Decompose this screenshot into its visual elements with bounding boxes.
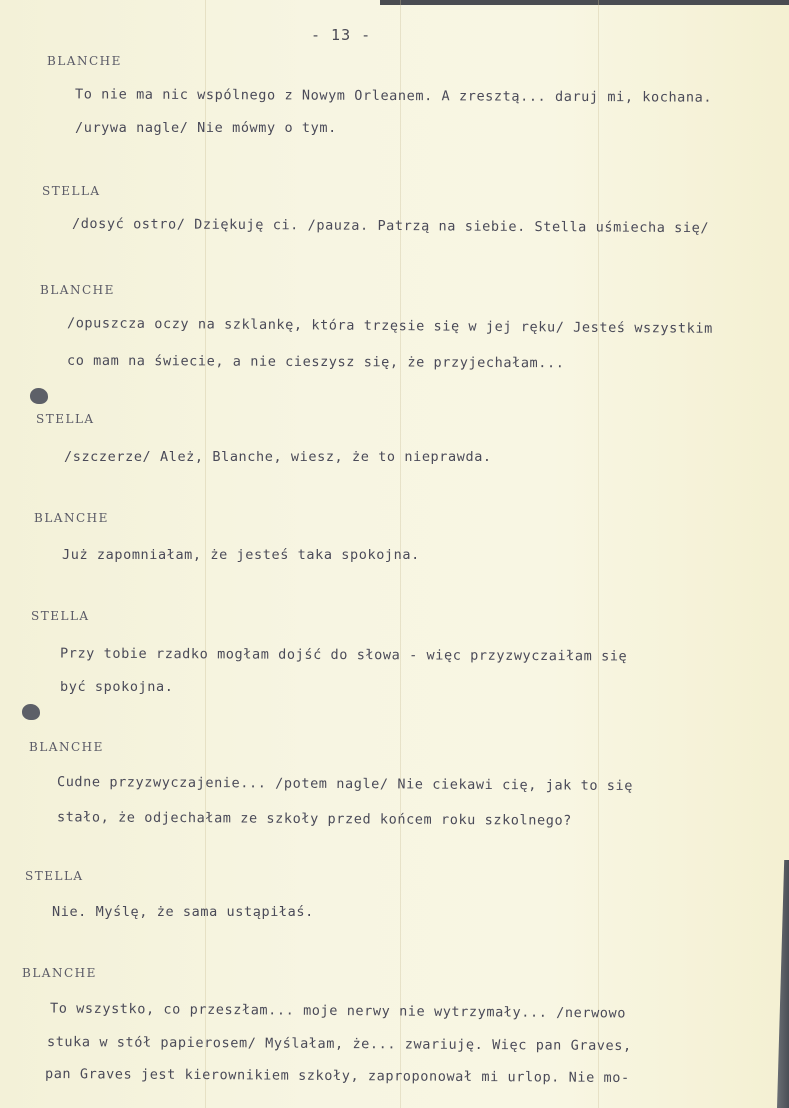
dialogue-line: /szczerze/ Ależ, Blanche, wiesz, że to n… <box>64 449 492 465</box>
dialogue-line: pan Graves jest kierownikiem szkoły, zap… <box>45 1066 630 1086</box>
dialogue-line: /urywa nagle/ Nie mówmy o tym. <box>75 120 337 136</box>
dialogue-line: To nie ma nic wspólnego z Nowym Orleanem… <box>75 86 712 105</box>
dialogue-line: Nie. Myślę, że sama ustąpiłaś. <box>52 904 314 920</box>
speaker-name: STELLA <box>36 412 95 426</box>
speaker-name: STELLA <box>31 609 90 623</box>
speaker-name: BLANCHE <box>29 740 104 754</box>
dialogue-line: Cudne przyzwyczajenie... /potem nagle/ N… <box>57 774 633 794</box>
scanned-page: - 13 - BLANCHE To nie ma nic wspólnego z… <box>0 0 789 1108</box>
scan-edge-top <box>380 0 789 5</box>
page-number: - 13 - <box>311 26 371 44</box>
dialogue-line: stuka w stół papierosem/ Myślałam, że...… <box>47 1034 632 1054</box>
dialogue-line: Przy tobie rzadko mogłam dojść do słowa … <box>60 646 627 665</box>
dialogue-line: stało, że odjechałam ze szkoły przed koń… <box>57 809 572 829</box>
scan-edge-right <box>777 860 789 1108</box>
speaker-name: BLANCHE <box>22 966 97 980</box>
dialogue-line: co mam na świecie, a nie cieszysz się, ż… <box>67 353 565 372</box>
punch-hole-mark <box>22 704 40 720</box>
speaker-name: STELLA <box>25 869 84 883</box>
paper-fold-line <box>598 0 599 1108</box>
punch-hole-mark <box>30 388 48 404</box>
dialogue-line: /dosyć ostro/ Dziękuję ci. /pauza. Patrz… <box>72 216 709 236</box>
dialogue-line: Już zapomniałam, że jesteś taka spokojna… <box>62 547 420 563</box>
speaker-name: BLANCHE <box>47 54 122 68</box>
speaker-name: BLANCHE <box>40 283 115 297</box>
dialogue-line: /opuszcza oczy na szklankę, która trzęsi… <box>67 315 713 337</box>
speaker-name: BLANCHE <box>34 511 109 525</box>
speaker-name: STELLA <box>42 184 101 198</box>
dialogue-line: być spokojna. <box>60 679 173 695</box>
dialogue-line: To wszystko, co przeszłam... moje nerwy … <box>50 1000 626 1021</box>
